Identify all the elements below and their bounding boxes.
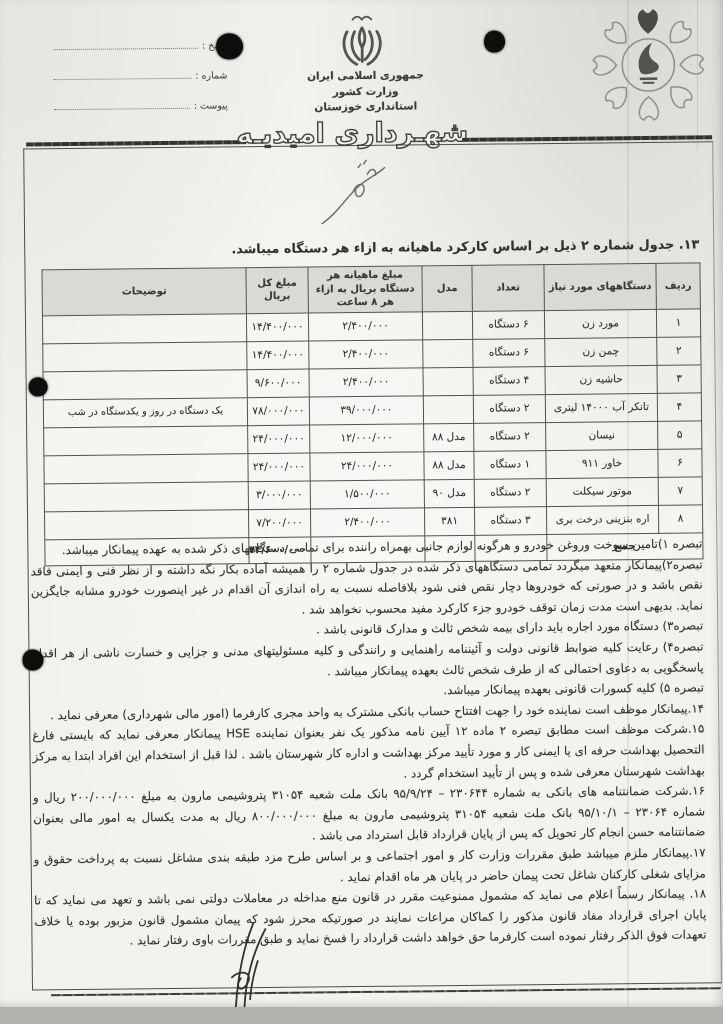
table-cell: ۲ دستگاه	[474, 478, 546, 507]
meta-field-date: تاریخ :	[53, 31, 227, 53]
table-cell: ۲۴/۰۰۰/۰۰۰	[310, 451, 424, 480]
table-header-cell: تعداد	[472, 265, 544, 311]
table-cell: ۱۴/۴۰۰/۰۰۰	[247, 341, 309, 370]
table-cell	[423, 395, 473, 424]
table-header-row: ردیفدستگاههای مورد نیازتعدادمدلمبلغ ماهی…	[42, 263, 700, 315]
table-cell: ۴	[657, 392, 701, 420]
table-cell	[44, 481, 248, 511]
contract-clause: ۱۶.شرکت ضمانتنامه های بانکی به شماره ۲۳۰…	[33, 781, 706, 850]
table-cell: ۸	[658, 504, 702, 532]
table-cell: مدل ۸۸	[424, 451, 474, 480]
equipment-table: ردیفدستگاههای مورد نیازتعدادمدلمبلغ ماهی…	[41, 262, 703, 565]
table-cell: مورد زن	[544, 309, 656, 338]
table-cell: ۶ دستگاه	[473, 338, 545, 367]
letterhead-org-lines: جمهوری اسلامی ایران وزارت کشور استانداری…	[285, 68, 445, 116]
table-cell: ۲۴/۰۰۰/۰۰۰	[248, 425, 310, 454]
scanner-background	[0, 1007, 723, 1024]
contract-clause: ۱۷.پیمانکار ملزم میباشد طبق مقررات وزارت…	[34, 842, 706, 890]
table-cell: ۳ دستگاه	[474, 506, 546, 535]
number-label: شماره :	[195, 70, 227, 81]
contract-clause: ۱۵.شرکت موظف است مطابق تبصره ۲ ماده ۱۲ آ…	[32, 719, 705, 788]
dotted-leader-line	[53, 77, 191, 80]
table-cell	[43, 341, 247, 371]
contract-clause: تبصره۴) رعایت کلیه ضوابط قانونی دولت و آ…	[31, 636, 703, 684]
municipality-logo-icon	[587, 8, 710, 121]
table-cell: نیسان	[546, 421, 658, 450]
table-cell: ۱/۵۰۰/۰۰۰	[310, 479, 424, 508]
letterhead-meta-fields: تاریخ : شماره : پیوست :	[53, 31, 228, 123]
table-cell	[43, 369, 247, 399]
table-header-cell: مبلغ ماهیانه هر دستگاه بریال به ازاء هر …	[308, 266, 422, 313]
table-header-cell: مبلغ کل بریال	[246, 267, 308, 313]
table-cell: ۶	[658, 448, 702, 476]
contract-clause: ۱۸. پیمانکار رسماً اعلام می نماید که مشم…	[34, 884, 707, 953]
table-cell: ۲/۴۰۰/۰۰۰	[309, 367, 423, 396]
dotted-leader-line	[54, 107, 190, 110]
table-cell: ۶ دستگاه	[472, 310, 544, 339]
table-cell	[44, 425, 248, 455]
table-cell: ۷/۲۰۰/۰۰۰	[248, 509, 310, 538]
iran-national-emblem-icon	[333, 13, 392, 70]
dotted-leader-line	[53, 47, 198, 51]
contract-clauses: تبصره ۱)تامین سوخت وروغن خودرو و هرگونه …	[30, 533, 706, 952]
attachment-label: پیوست :	[194, 100, 228, 111]
ink-stamp-dot	[216, 33, 243, 59]
meta-field-attachment: پیوست :	[54, 91, 228, 113]
meta-field-number: شماره :	[53, 61, 227, 83]
ink-stamp-dot	[29, 377, 48, 396]
table-header-cell: ردیف	[656, 263, 700, 309]
table-cell: ۲/۴۰۰/۰۰۰	[308, 311, 422, 340]
table-cell	[44, 453, 248, 483]
table-cell: ۷۸/۰۰۰/۰۰۰	[247, 397, 309, 426]
table-cell: چمن زن	[545, 337, 657, 366]
table-cell: ۵	[658, 420, 702, 448]
table-cell: ۳۹/۰۰۰/۰۰۰	[309, 395, 423, 424]
table-cell: ۲/۴۰۰/۰۰۰	[310, 507, 424, 536]
table-cell	[423, 367, 473, 396]
table-cell: خاور ۹۱۱	[546, 449, 658, 478]
table-cell: مدل ۸۸	[424, 423, 474, 452]
table-cell: ۲ دستگاه	[474, 422, 546, 451]
ink-stamp-dot	[22, 649, 43, 670]
table-cell: موتور سیکلت	[546, 477, 658, 506]
table-header-cell: توضیحات	[42, 268, 246, 316]
table-cell: ۱۲/۰۰۰/۰۰۰	[310, 423, 424, 452]
table-cell: ۷	[658, 476, 702, 504]
table-cell	[42, 313, 246, 343]
table-cell: تانکر آب ۱۴۰۰۰ لیتری	[545, 393, 657, 422]
table-cell: ۱	[656, 308, 700, 336]
table-cell	[422, 311, 472, 340]
table-cell: ۲/۴۰۰/۰۰۰	[309, 339, 423, 368]
table-cell: ۴ دستگاه	[473, 366, 545, 395]
table-cell: ۲۴/۰۰۰/۰۰۰	[248, 453, 310, 482]
table-cell: ۳/۰۰۰/۰۰۰	[248, 481, 310, 510]
org-line-governorate: استانداری خوزستان	[286, 99, 446, 116]
table-cell: ۹/۶۰۰/۰۰۰	[247, 369, 309, 398]
table-header-cell: مدل	[422, 265, 472, 311]
ink-stamp-dot	[484, 30, 505, 52]
table-cell: ۲ دستگاه	[473, 394, 545, 423]
table-cell: ۱۴/۴۰۰/۰۰۰	[246, 313, 308, 342]
table-cell: ۳	[657, 364, 701, 392]
org-line-country: جمهوری اسلامی ایران	[285, 68, 445, 85]
org-line-ministry: وزارت کشور	[286, 84, 446, 101]
table-cell: ۳۸۱	[424, 507, 474, 536]
table-cell: مدل ۹۰	[424, 479, 474, 508]
table-cell	[423, 339, 473, 368]
table-cell: اره بنزینی درخت بری	[546, 505, 658, 534]
contract-clause: تبصره۲)پیمانکار متعهد میگردد تمامی دستگا…	[31, 554, 704, 623]
table-cell: یک دستگاه در روز و یکدستگاه در شب	[43, 397, 247, 427]
table-cell	[44, 509, 248, 539]
table-header-cell: دستگاههای مورد نیاز	[544, 263, 656, 310]
table-cell: حاشیه زن	[545, 365, 657, 394]
signature-scribble	[209, 921, 290, 1007]
document-content: تاریخ : شماره : پیوست :	[0, 0, 723, 1007]
table-body: ۱مورد زن۶ دستگاه۲/۴۰۰/۰۰۰۱۴/۴۰۰/۰۰۰۲چمن …	[42, 308, 702, 539]
scanned-document-page: تاریخ : شماره : پیوست :	[0, 0, 723, 1007]
table-cell: ۲	[657, 336, 701, 364]
table-cell: ۱ دستگاه	[474, 450, 546, 479]
